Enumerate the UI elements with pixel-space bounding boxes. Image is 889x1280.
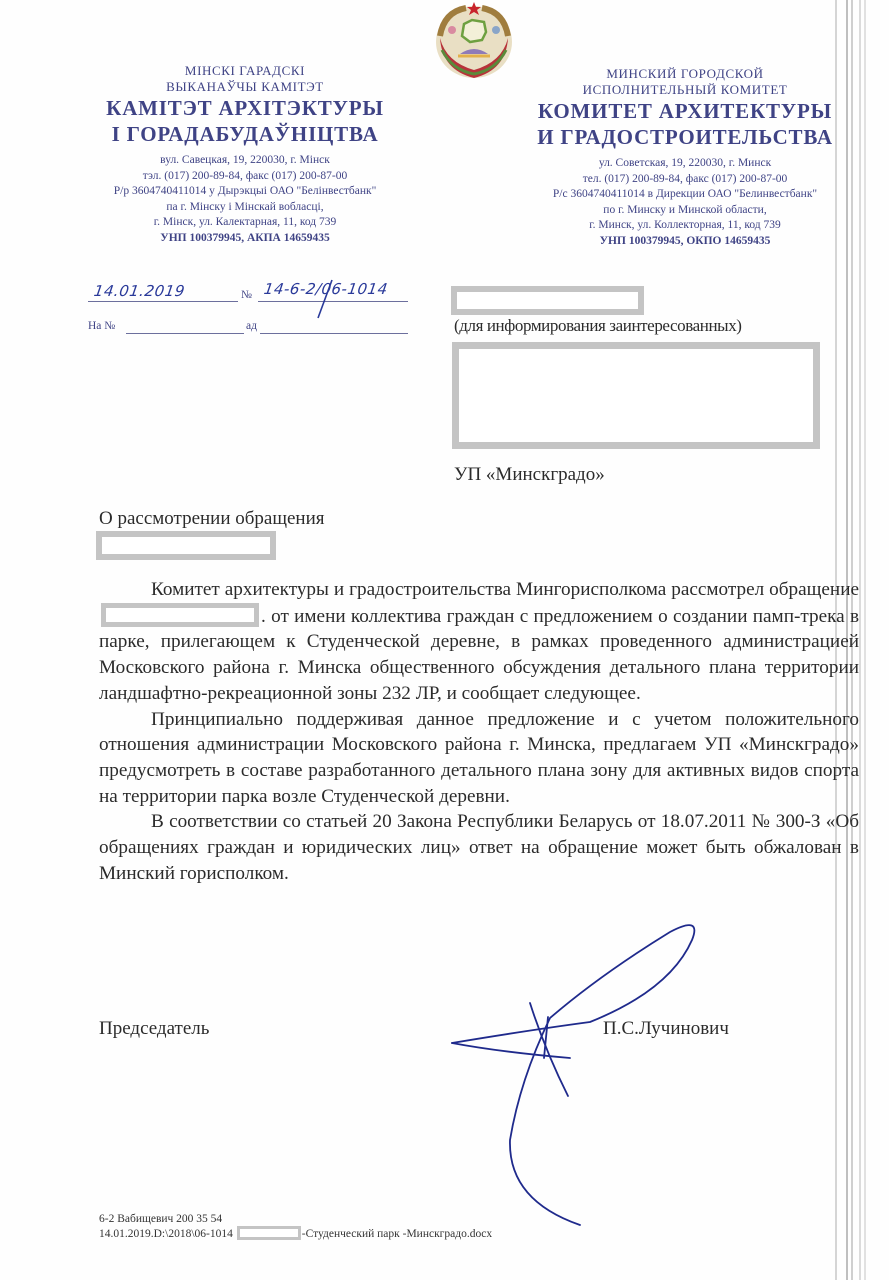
redacted-file-name: [237, 1226, 301, 1240]
body-paragraph-1: Комитет архитектуры и градостроительства…: [99, 577, 859, 707]
signatory-title: Председатель: [99, 1018, 209, 1040]
org-name-line: і горадабудаўніцтва: [62, 121, 428, 147]
letter-body: Комитет архитектуры и градостроительства…: [99, 577, 859, 886]
outgoing-date-row: 14.01.2019 № 14-6-2/06-1014: [88, 282, 408, 304]
parent-org-line: исполнительный комитет: [500, 82, 870, 98]
addressee-organization: УП «Минскградо»: [454, 464, 605, 486]
parent-org-line: выканаўчы камітэт: [62, 79, 428, 95]
body-paragraph-2: Принципиально поддерживая данное предлож…: [99, 707, 859, 810]
handwritten-date: 14.01.2019: [93, 282, 186, 300]
address-line: г. Минск, ул. Коллекторная, 11, код 739: [500, 218, 870, 234]
org-name-line: Камітэт архітэктуры: [62, 95, 428, 121]
org-name-line: Комитет архитектуры: [500, 98, 870, 124]
address-line: тэл. (017) 200-89-84, факс (017) 200-87-…: [62, 169, 428, 185]
outgoing-reference: 14.01.2019 № 14-6-2/06-1014 На № ад: [62, 276, 412, 346]
file-path-line: 14.01.2019.D:\2018\06-1014 -Студенческий…: [99, 1226, 492, 1241]
address-line: г. Мінск, ул. Калектарная, 11, код 739: [62, 215, 428, 231]
body-paragraph-3: В соответствии со статьей 20 Закона Респ…: [99, 809, 859, 886]
paragraph-text: Комитет архитектуры и градостроительства…: [151, 579, 859, 600]
address-line: УНП 100379945, ОКПО 14659435: [500, 234, 870, 250]
document-footer: 6-2 Вабищевич 200 35 54 14.01.2019.D:\20…: [99, 1212, 492, 1241]
address-line: по г. Минску и Минской области,: [500, 203, 870, 219]
redacted-addressee-address: [452, 342, 820, 449]
address-line: Р/с 3604740411014 в Дирекции ОАО "Белинв…: [500, 187, 870, 203]
handwritten-signature-icon: [440, 880, 720, 1240]
redacted-applicant-name: [101, 603, 259, 627]
address-block: вул. Савецкая, 19, 220030, г. Мінск тэл.…: [62, 153, 428, 246]
number-label: №: [241, 289, 252, 301]
address-line: УНП 100379945, АКПА 14659435: [62, 231, 428, 247]
address-block: ул. Советская, 19, 220030, г. Минск тел.…: [500, 156, 870, 249]
org-name-line: и градостроительства: [500, 124, 870, 150]
redacted-subject-name: [96, 531, 276, 560]
reply-date-label: ад: [246, 320, 257, 332]
address-line: тел. (017) 200-89-84, факс (017) 200-87-…: [500, 172, 870, 188]
file-path-text: -Студенческий парк -Минскградо.docx: [302, 1228, 492, 1240]
date-underline: [88, 301, 238, 302]
reply-number-underline: [126, 333, 244, 334]
document-page: Мінскі гарадскі выканаўчы камітэт Камітэ…: [0, 0, 889, 1280]
address-line: па г. Мінску і Мінскай вобласці,: [62, 200, 428, 216]
address-line: Р/р 3604740411014 у Дырэкцыі ОАО "Белінв…: [62, 184, 428, 200]
letterhead-russian: Минский городской исполнительный комитет…: [500, 66, 870, 249]
letter-subject: О рассмотрении обращения: [99, 508, 325, 530]
address-line: вул. Савецкая, 19, 220030, г. Мінск: [62, 153, 428, 169]
parent-org-line: Мінскі гарадскі: [62, 63, 428, 79]
redacted-addressee-name: [451, 286, 644, 315]
letterhead-belarusian: Мінскі гарадскі выканаўчы камітэт Камітэ…: [62, 63, 428, 246]
reply-to-label: На №: [88, 320, 115, 332]
address-line: ул. Советская, 19, 220030, г. Минск: [500, 156, 870, 172]
addressee-note: (для информирования заинтересованных): [454, 316, 742, 336]
parent-org-line: Минский городской: [500, 66, 870, 82]
file-path-text: 14.01.2019.D:\2018\06-1014: [99, 1228, 233, 1240]
executor-line: 6-2 Вабищевич 200 35 54: [99, 1212, 492, 1226]
reply-date-underline: [260, 333, 408, 334]
reply-reference-row: На № ад: [88, 314, 408, 336]
